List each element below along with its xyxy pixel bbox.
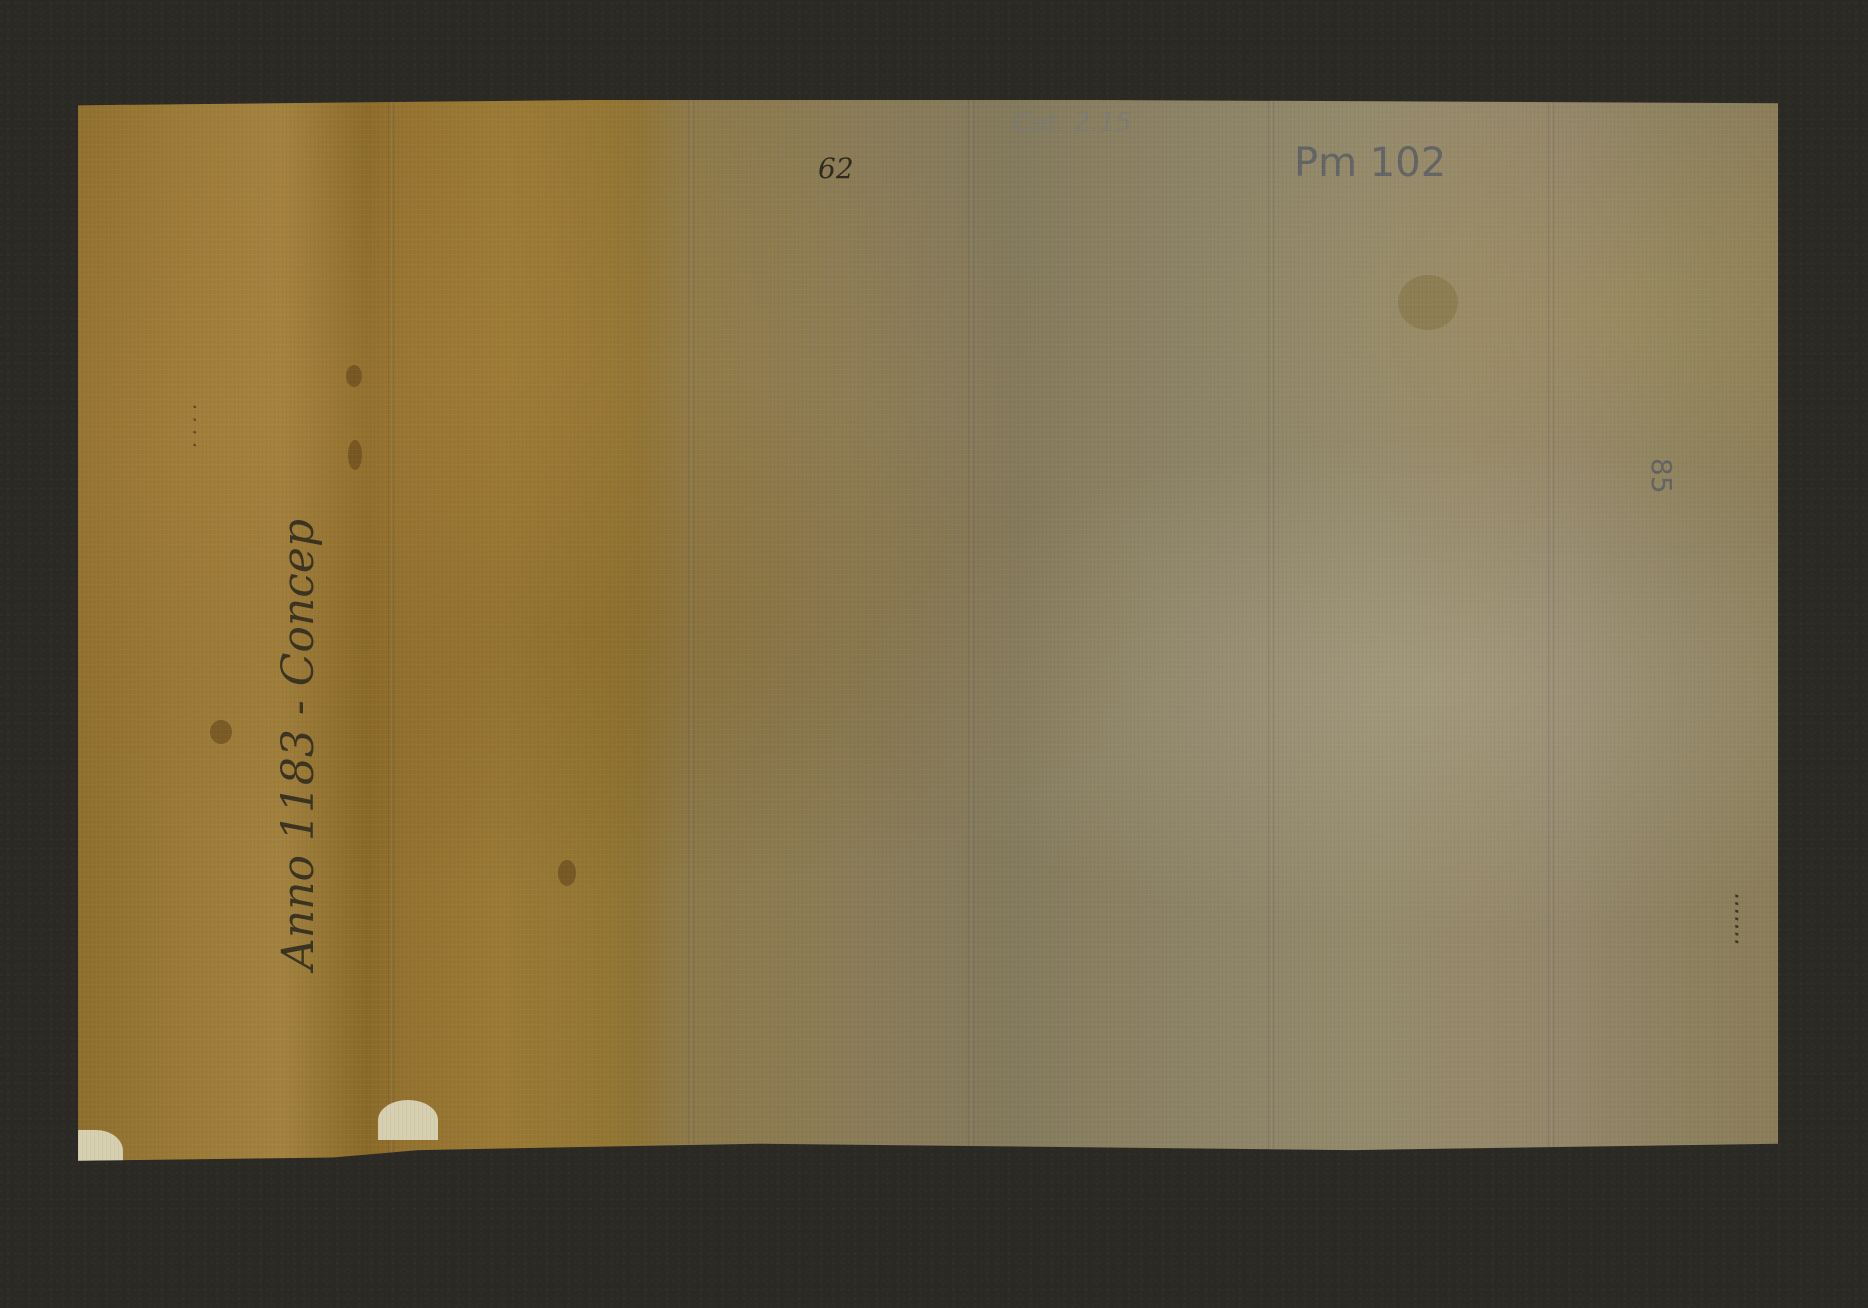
stain [348,440,362,470]
stain [210,720,232,744]
fold-line [1268,100,1274,1165]
stain [558,860,576,886]
fold-line [1548,100,1554,1165]
photo-background: 62 Cat. 2.15 Pm 102 85 Anno 1183 - Conce… [0,0,1868,1308]
date-annotation: Anno 1183 - Concep [273,519,324,970]
torn-edge [378,1100,438,1140]
medieval-dorse-note-left: ‧ ‧ ‧ ‧ [183,405,207,450]
torn-corner [78,1130,123,1165]
fold-line [388,100,394,1165]
fold-line [688,100,694,1165]
fold-line [968,100,974,1165]
stain [346,365,362,387]
stain [1398,275,1458,330]
medieval-dorse-note-right: ‧‧‧‧‧‧‧ [1722,890,1750,943]
folio-number: 62 [818,152,854,185]
side-number: 85 [1645,458,1678,494]
catalogue-mark: Cat. 2.15 [1013,108,1132,138]
shelf-mark: Pm 102 [1294,140,1446,186]
parchment-document: 62 Cat. 2.15 Pm 102 85 Anno 1183 - Conce… [78,100,1778,1165]
